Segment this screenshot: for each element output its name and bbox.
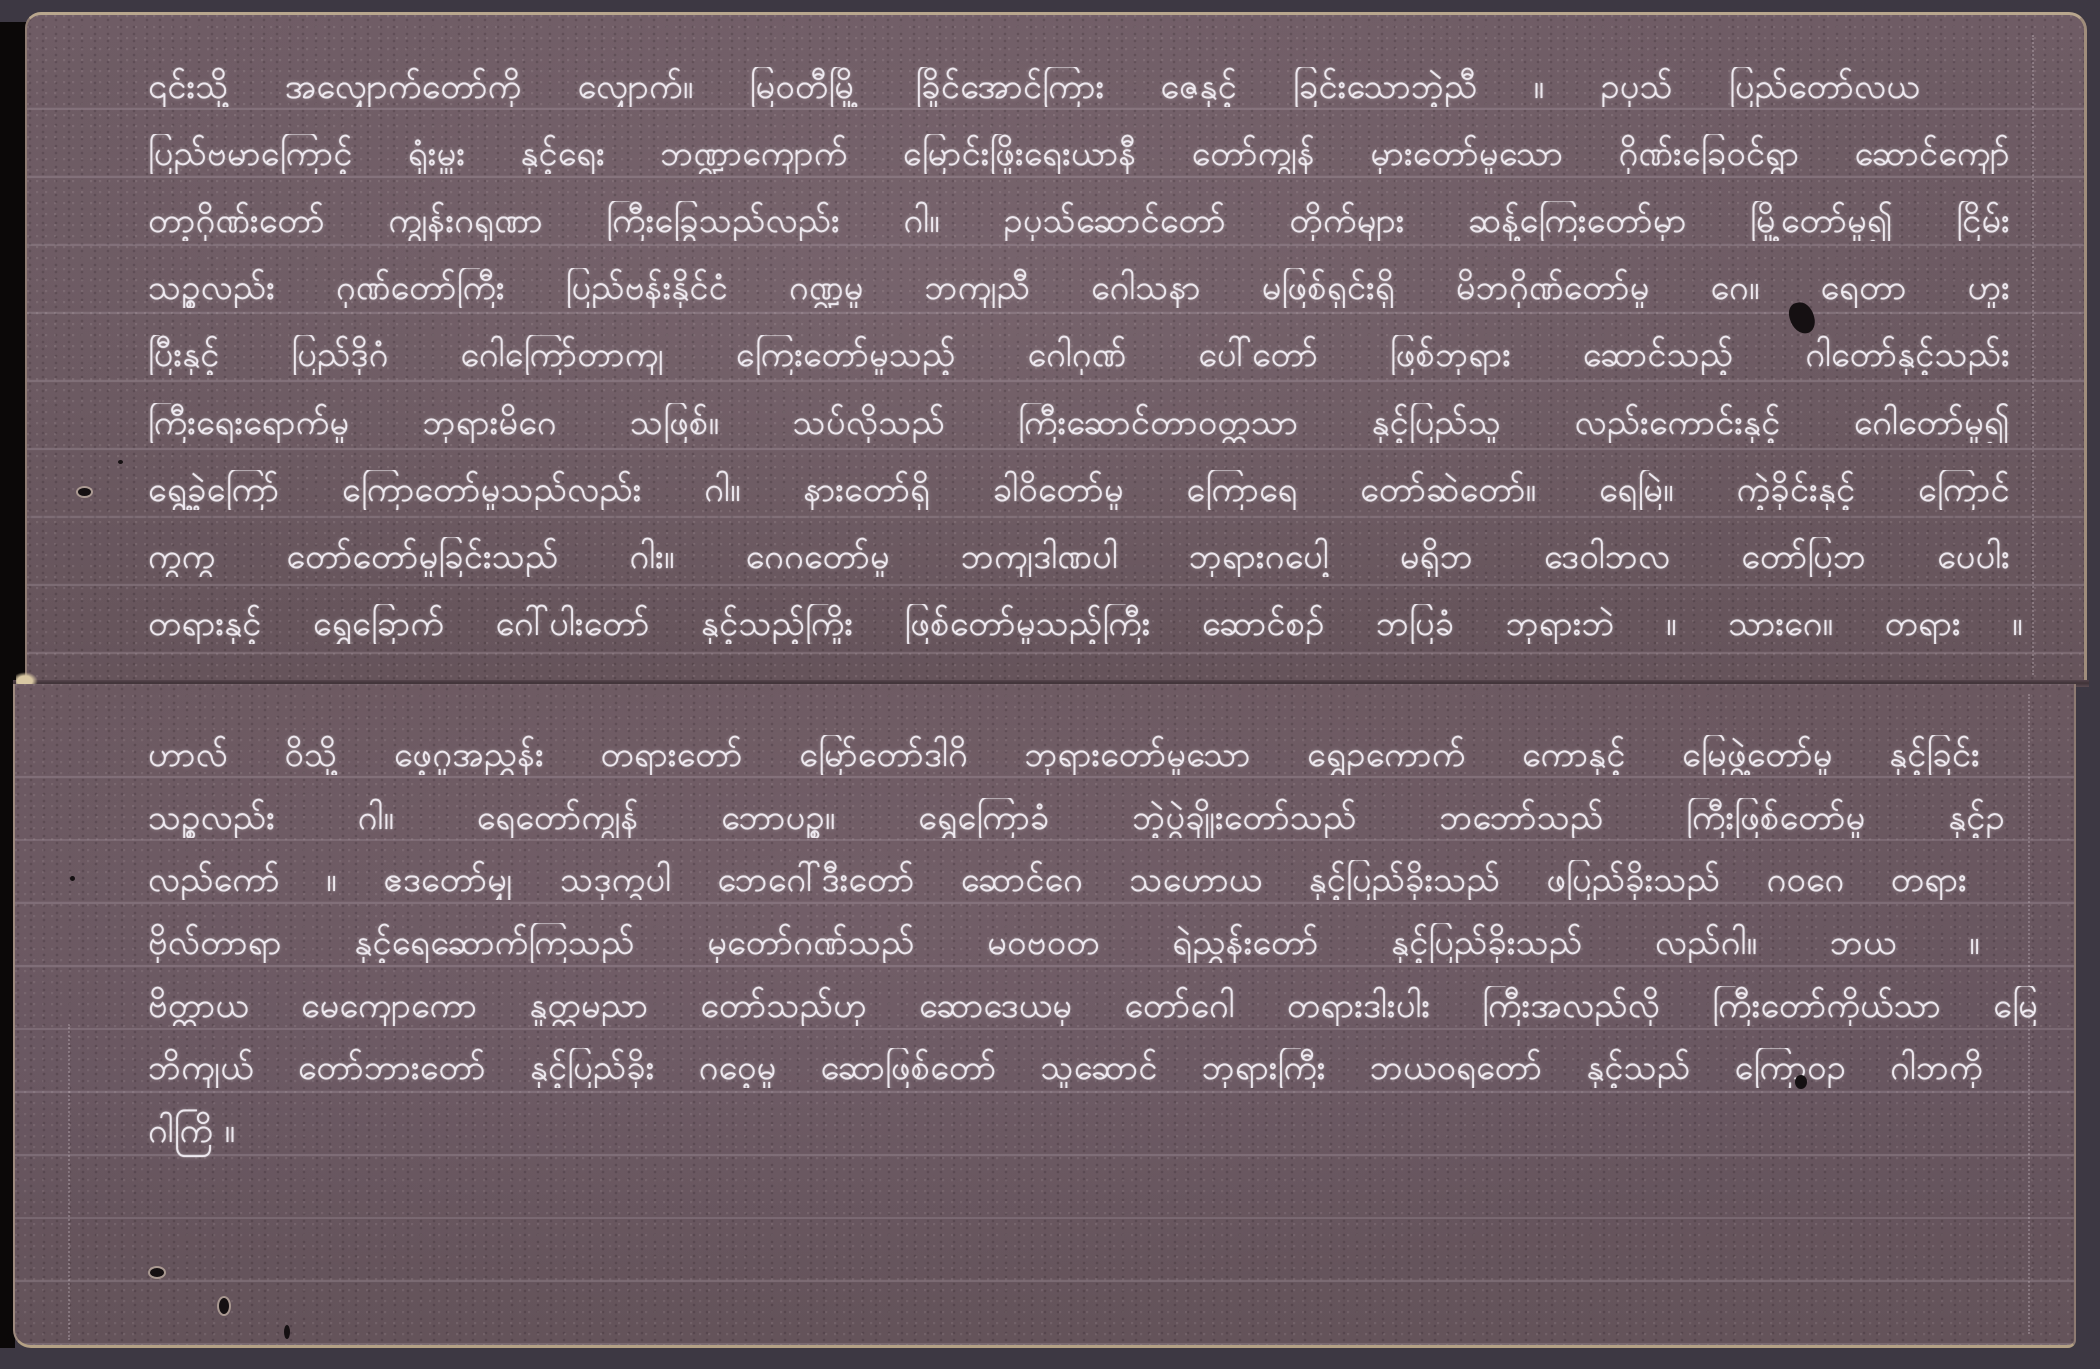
manuscript-closing-line: ဂါကြိ ။ [148, 1111, 235, 1151]
manuscript-line: ပြည်ဗမာကြောင့် ရုံးမှူး နှင့်ရေး ဘဏ္ဍာကျ… [148, 134, 2010, 174]
manuscript-line: ဘိကျယ် တော်ဘားတော် နှင့်ပြည်ခိုး ဂဝေ့မှု… [148, 1048, 1983, 1088]
wormhole [219, 1298, 229, 1314]
manuscript-line: ကွကွ တော်တော်မူခြင်းသည် ဂါး။ ဂေဂတော်မူ ဘ… [148, 537, 2010, 577]
manuscript-line: လည်ကော် ။ ဧဒတော်မျှ သဒုက္ခပါ ဘေဂေါ်ဒီးတေ… [148, 860, 1967, 900]
manuscript-line: တာ့ဂိုဏ်းတော် ကျွန်းဂရုဏာ ကြီးခြွေသည်လည်… [148, 201, 2010, 241]
ink-speck [1795, 1075, 1807, 1089]
left-edge-shadow-upper [0, 22, 27, 684]
speck [118, 460, 123, 464]
wormhole [78, 488, 91, 496]
right-margin-rule [2032, 35, 2034, 675]
upper-folio: ၎င်းသို့ အလျှောက်တော်ကို လျှောက်။ မြဝတီမ… [25, 12, 2087, 682]
manuscript-line: ပြီးနှင့် ပြည်ဒိုဂံ ဂေါကြော်တာကျ ကြေးတော… [148, 335, 2010, 375]
wormhole [284, 1325, 290, 1339]
manuscript-line: ဗိုလ်တာရာ နှင့်ရေဆောက်ကြသည် မှတော်ဂဏ်သည်… [148, 923, 1980, 963]
manuscript-line: ဟာလ် ဝိသို့ ဖေ့ဂူအညွှန်း တရားတော် မြော်တ… [148, 735, 1980, 775]
wormhole [150, 1268, 164, 1277]
lower-folio: ဟာလ် ဝိသို့ ဖေ့ဂူအညွှန်း တရားတော် မြော်တ… [13, 684, 2076, 1348]
speck [70, 876, 75, 881]
manuscript-line: ကြီးရေးရောက်မှု ဘုရားမိဂေ သဖြစ်။ သပ်လိုသ… [148, 403, 2010, 443]
manuscript-line: သဥ္စလည်း ဂါ။ ရေတော်ကျွန် ဘောပဥ္စ။ ရွှေကြ… [148, 798, 2005, 838]
manuscript-photo: ၎င်းသို့ အလျှောက်တော်ကို လျှောက်။ မြဝတီမ… [0, 0, 2100, 1369]
left-margin-rule [68, 1024, 70, 1340]
manuscript-line: တရားနှင့် ရွှေခြောက် ဂေါ်ပါးတော် နှင့်သည… [148, 604, 2023, 644]
manuscript-line: ၎င်းသို့ အလျှောက်တော်ကို လျှောက်။ မြဝတီမ… [148, 67, 1920, 107]
manuscript-line: ရွေ့ခဲ့ကြော် ကြောတော်မူသည်လည်း ဂါ။ နားတေ… [148, 470, 2010, 510]
manuscript-line: ဗိတ္တာယ မေကျောကော နှုတ္တမညာ တော်သည်ဟု ဆေ… [148, 986, 2038, 1026]
manuscript-line: သဉ္စလည်း ဂုဏ်တော်ကြီး ပြည်ဗန်းနိုင်ငံ ဂဏ… [148, 268, 2010, 308]
